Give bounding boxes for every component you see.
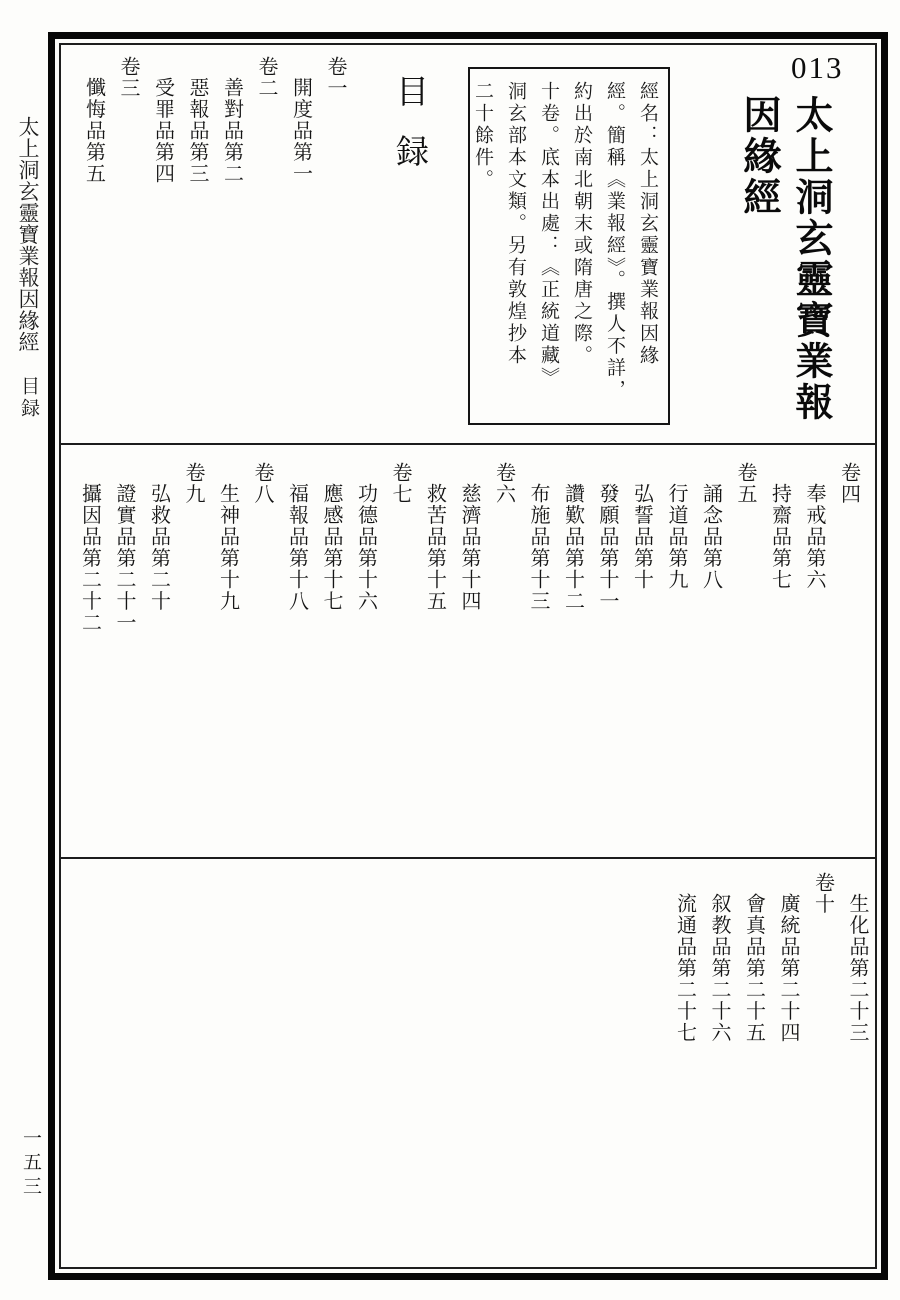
toc-entry: 弘誓品第十 [624, 462, 659, 792]
intro-line: 洞玄部本文類。另有敦煌抄本 [499, 81, 532, 421]
intro-line: 十卷。底本出處：《正統道藏》 [532, 81, 565, 421]
toc-section-1: 卷一 開度品第一 卷二 善對品第二 惡報品第三 受罪品第四 卷三 懺悔品第五 [76, 56, 352, 436]
toc-entry: 福報品第十八 [279, 462, 314, 792]
toc-entry: 開度品第一 [283, 56, 318, 436]
volume-heading: 卷九 [176, 462, 211, 792]
volume-heading: 卷三 [111, 56, 146, 436]
toc-entry: 生化品第二十三 [840, 872, 875, 1202]
contents-heading: 目録 [386, 74, 433, 214]
toc-entry: 會真品第二十五 [736, 872, 771, 1202]
volume-heading: 卷五 [728, 462, 763, 792]
toc-entry: 廣統品第二十四 [771, 872, 806, 1202]
scripture-title: 太上洞玄靈寶業報因緣經 [732, 95, 836, 433]
toc-entry: 流通品第二十七 [667, 872, 702, 1202]
intro-line: 二十餘件。 [466, 81, 499, 421]
toc-entry: 功德品第十六 [348, 462, 383, 792]
toc-entry: 惡報品第三 [180, 56, 215, 436]
volume-heading: 卷四 [831, 462, 866, 792]
toc-entry: 讚歎品第十二 [555, 462, 590, 792]
volume-heading: 卷十 [805, 872, 840, 1202]
toc-entry: 懺悔品第五 [76, 56, 111, 436]
toc-entry: 救苦品第十五 [417, 462, 452, 792]
divider-line-2 [61, 857, 876, 859]
toc-entry: 布施品第十三 [521, 462, 556, 792]
margin-book-title: 太上洞玄靈寶業報因緣經 [13, 116, 43, 396]
toc-entry: 叙教品第二十六 [702, 872, 737, 1202]
intro-line: 經名：太上洞玄靈寶業報因緣 [631, 81, 664, 421]
divider-line-1 [61, 443, 876, 445]
toc-entry: 攝因品第二十二 [72, 462, 107, 792]
toc-entry: 弘救品第二十 [141, 462, 176, 792]
toc-entry: 證實品第二十一 [107, 462, 142, 792]
intro-line: 約出於南北朝末或隋唐之際。 [565, 81, 598, 421]
margin-section-label: 目録 [15, 376, 42, 466]
toc-entry: 生神品第十九 [210, 462, 245, 792]
toc-entry: 行道品第九 [659, 462, 694, 792]
intro-line: 經。簡稱《業報經》。撰人不詳， [598, 81, 631, 421]
volume-heading: 卷一 [318, 56, 353, 436]
toc-entry: 持齋品第七 [762, 462, 797, 792]
page-number: 一五三 [17, 1128, 44, 1228]
toc-section-2: 卷四 奉戒品第六 持齋品第七 卷五 誦念品第八 行道品第九 弘誓品第十 發願品第… [72, 462, 866, 792]
volume-heading: 卷七 [383, 462, 418, 792]
volume-heading: 卷八 [245, 462, 280, 792]
toc-entry: 慈濟品第十四 [452, 462, 487, 792]
volume-heading: 卷二 [249, 56, 284, 436]
toc-entry: 受罪品第四 [145, 56, 180, 436]
toc-entry: 發願品第十一 [590, 462, 625, 792]
intro-box-text: 經名：太上洞玄靈寶業報因緣 經。簡稱《業報經》。撰人不詳， 約出於南北朝末或隋唐… [466, 81, 664, 421]
toc-entry: 善對品第二 [214, 56, 249, 436]
toc-entry: 奉戒品第六 [797, 462, 832, 792]
toc-entry: 應感品第十七 [314, 462, 349, 792]
toc-entry: 誦念品第八 [693, 462, 728, 792]
serial-number: 013 [791, 50, 844, 86]
volume-heading: 卷六 [486, 462, 521, 792]
intro-box: 經名：太上洞玄靈寶業報因緣 經。簡稱《業報經》。撰人不詳， 約出於南北朝末或隋唐… [468, 67, 670, 425]
toc-section-3: 生化品第二十三 卷十 廣統品第二十四 會真品第二十五 叙教品第二十六 流通品第二… [667, 872, 874, 1202]
